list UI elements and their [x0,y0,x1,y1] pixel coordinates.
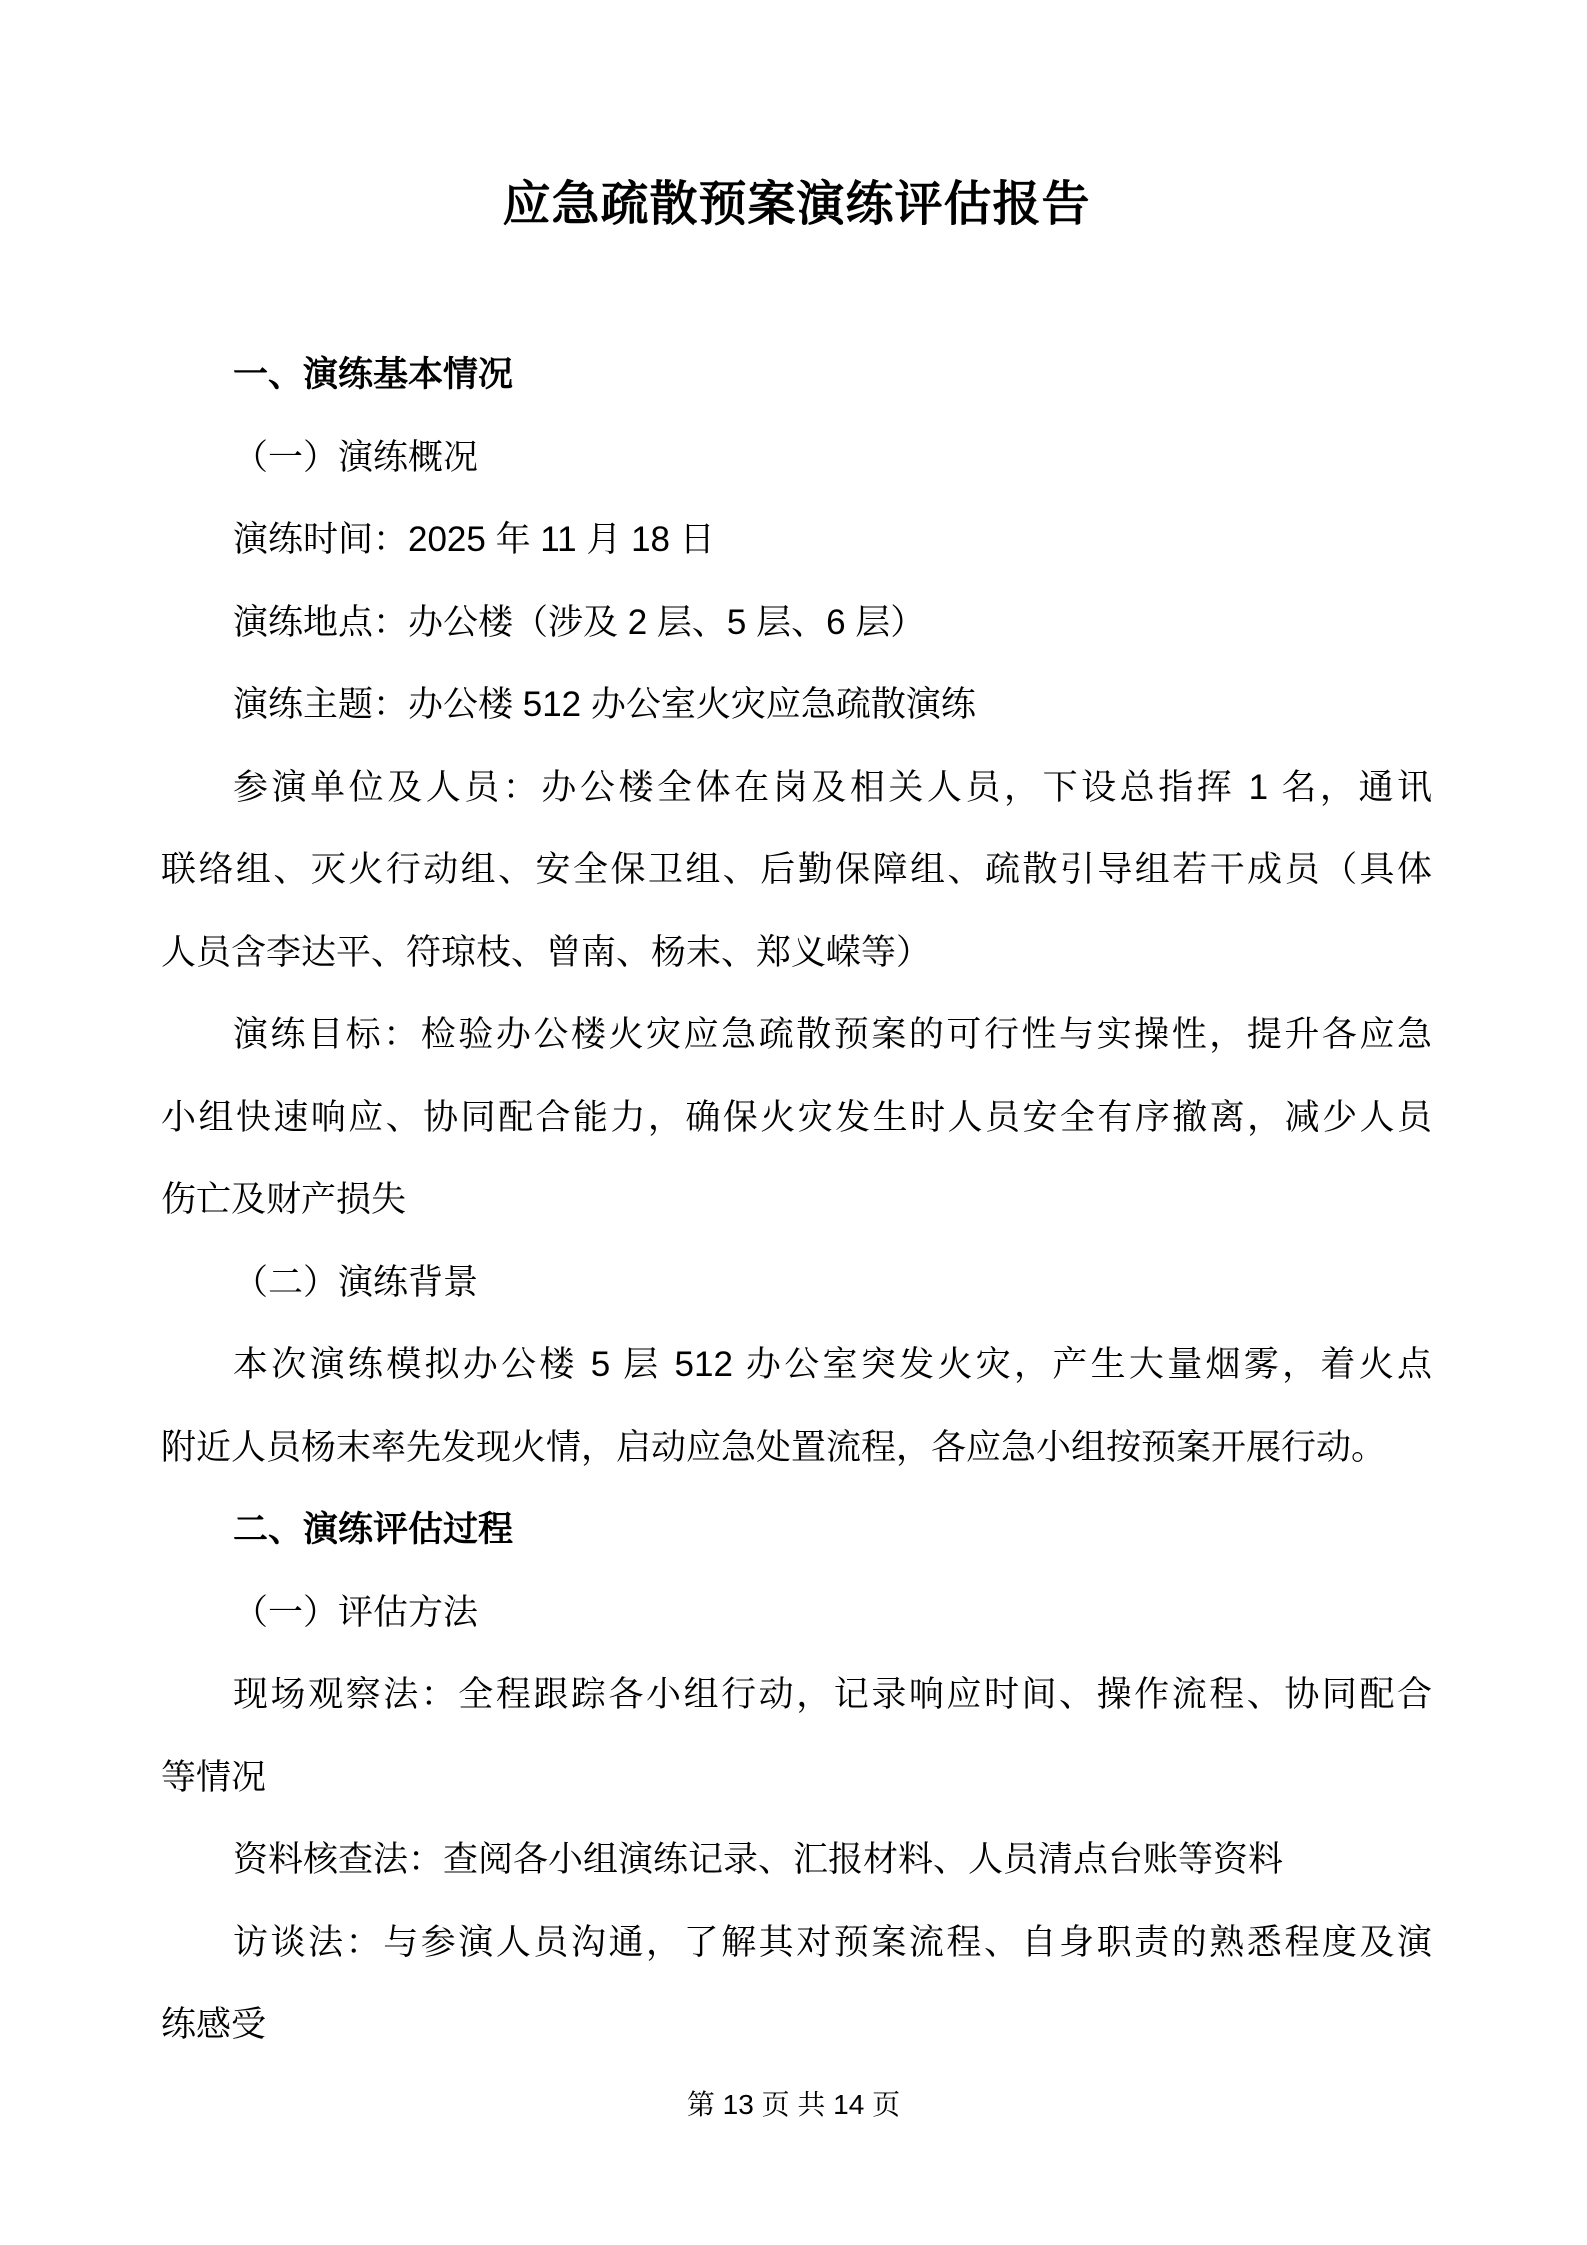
paragraph-line: 附近人员杨末率先发现火情，启动应急处置流程，各应急小组按预案开展行动。 [161,1407,1432,1490]
subheading-line: （一）评估方法 [161,1572,1432,1655]
paragraph-line: 练感受 [161,1984,1432,2067]
paragraph-line: 访谈法：与参演人员沟通，了解其对预案流程、自身职责的熟悉程度及演 [161,1902,1432,1985]
paragraph-line: 人员含李达平、符琼枝、曾南、杨末、郑义嵘等） [161,912,1432,995]
document-title: 应急疏散预案演练评估报告 [161,175,1432,235]
paragraph-line: 现场观察法：全程跟踪各小组行动，记录响应时间、操作流程、协同配合 [161,1654,1432,1737]
paragraph-line: 资料核查法：查阅各小组演练记录、汇报材料、人员清点台账等资料 [161,1819,1432,1902]
paragraph-line: 本次演练模拟办公楼 5 层 512 办公室突发火灾，产生大量烟雾，着火点 [161,1324,1432,1407]
section-heading-line: 二、演练评估过程 [161,1489,1432,1572]
paragraph-line: 演练地点：办公楼（涉及 2 层、5 层、6 层） [161,582,1432,665]
page-footer: 第 13 页 共 14 页 [0,2083,1587,2127]
subheading-line: （一）演练概况 [161,417,1432,500]
paragraph-line: 演练主题：办公楼 512 办公室火灾应急疏散演练 [161,664,1432,747]
section-heading-line: 一、演练基本情况 [161,334,1432,417]
paragraph-line: 小组快速响应、协同配合能力，确保火灾发生时人员安全有序撤离，减少人员 [161,1077,1432,1160]
document-content: 应急疏散预案演练评估报告 一、演练基本情况（一）演练概况演练时间：2025 年 … [161,0,1432,2067]
paragraph-line: 参演单位及人员：办公楼全体在岗及相关人员，下设总指挥 1 名，通讯 [161,747,1432,830]
document-body: 一、演练基本情况（一）演练概况演练时间：2025 年 11 月 18 日演练地点… [161,334,1432,2067]
paragraph-line: 伤亡及财产损失 [161,1159,1432,1242]
paragraph-line: 演练目标：检验办公楼火灾应急疏散预案的可行性与实操性，提升各应急 [161,994,1432,1077]
paragraph-line: 等情况 [161,1737,1432,1820]
paragraph-line: 联络组、灭火行动组、安全保卫组、后勤保障组、疏散引导组若干成员（具体 [161,829,1432,912]
document-page: 应急疏散预案演练评估报告 一、演练基本情况（一）演练概况演练时间：2025 年 … [0,0,1587,2245]
subheading-line: （二）演练背景 [161,1242,1432,1325]
paragraph-line: 演练时间：2025 年 11 月 18 日 [161,499,1432,582]
